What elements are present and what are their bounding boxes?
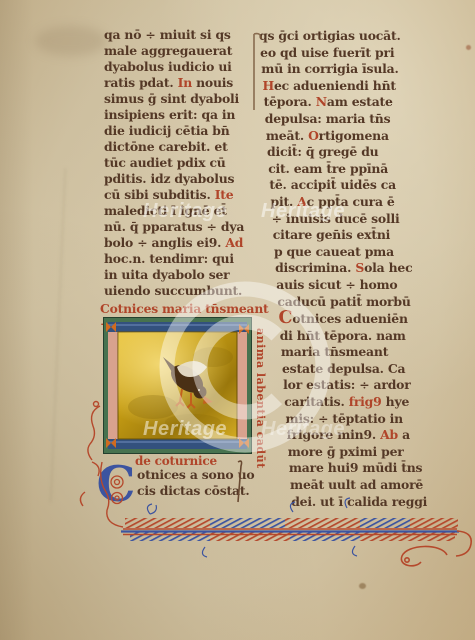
text-segment: ec adueniendi hn̄t bbox=[274, 78, 396, 93]
text-segment: nū. q̄ pparatus ÷ dya bbox=[104, 219, 244, 234]
text-segment: ratis pdat. bbox=[104, 75, 178, 90]
text-line: cū sibi subditis. Ite bbox=[104, 187, 256, 203]
text-segment: O bbox=[308, 128, 319, 143]
text-segment: citare gen̄is ext̄ni bbox=[273, 227, 390, 242]
text-segment: in uita dyabolo ser bbox=[104, 267, 230, 282]
text-line: p que caueat pma bbox=[274, 244, 429, 261]
text-segment: qs ḡci ortigias uocāt. bbox=[259, 28, 401, 43]
text-segment: dicit̄: q̄ gregē du bbox=[267, 144, 378, 159]
miniature-band-blue-top bbox=[108, 322, 247, 332]
text-segment: Ite bbox=[215, 187, 234, 202]
text-segment: S bbox=[355, 260, 364, 275]
text-line: dyabolus iudicio ui bbox=[104, 59, 256, 75]
text-segment: depulsa: maria tn̄s bbox=[265, 111, 391, 126]
text-segment: eo qd uise fuerīt pri bbox=[260, 45, 394, 60]
text-segment: am estate bbox=[327, 94, 393, 109]
text-line: tē. accipit̄ uidēs ca bbox=[269, 177, 429, 194]
line-filler-dagger bbox=[238, 461, 242, 502]
text-line: dictōne carebit. et bbox=[104, 139, 256, 155]
text-segment: H bbox=[262, 78, 274, 93]
text-line: maria tn̄smeant bbox=[281, 344, 429, 361]
text-segment: maria tn̄smeant bbox=[281, 344, 388, 359]
text-segment: di hn̄t tēpora. nam bbox=[280, 328, 406, 343]
parchment-spot bbox=[359, 583, 366, 589]
text-segment: tūc audiet pdix cū bbox=[104, 155, 226, 170]
manuscript-page: qa nō ÷ miuit si qsmale aggregaueratdyab… bbox=[0, 0, 475, 640]
text-line: maledicti ī ignē et̄ bbox=[104, 203, 256, 219]
text-segment: ÷ inuisis ducē solli bbox=[272, 211, 400, 226]
text-line: pit. Ac ppt̄a cura ē bbox=[271, 194, 430, 211]
text-line: eo qd uise fuerīt pri bbox=[260, 45, 429, 62]
text-line: male aggregauerat bbox=[104, 43, 256, 59]
parchment-spot bbox=[466, 45, 471, 50]
text-line: cit. eam t̄re ppīnā bbox=[268, 161, 429, 178]
text-segment: mū in corrigia īsula. bbox=[261, 61, 398, 76]
feathered-bar bbox=[121, 518, 459, 541]
text-line: meāt. Ortigomena bbox=[266, 128, 429, 145]
text-line: tūc audiet pdix cū bbox=[104, 155, 256, 171]
text-segment: Ad bbox=[225, 235, 243, 250]
text-segment: die iudicij cētia bn̄ bbox=[104, 123, 230, 138]
text-line: in uita dyabolo ser bbox=[104, 267, 256, 283]
text-line: die iudicij cētia bn̄ bbox=[104, 123, 256, 139]
text-segment: meāt. bbox=[266, 128, 308, 143]
text-line: di hn̄t tēpora. nam bbox=[280, 328, 429, 345]
text-line: hoc.n. tendimr: qui bbox=[104, 251, 256, 267]
text-segment: C bbox=[279, 307, 293, 328]
text-segment: bolo ÷ anglis ei9. bbox=[104, 235, 225, 250]
text-line: depulsa: maria tn̄s bbox=[265, 111, 429, 128]
text-line: mū in corrigia īsula. bbox=[261, 61, 429, 78]
text-line: auis sicut ÷ homo bbox=[276, 277, 429, 294]
text-segment: qa nō ÷ miuit si qs bbox=[104, 27, 231, 42]
text-segment: uiendo succumbunt. bbox=[104, 283, 242, 298]
text-segment: insipiens erit: qa in bbox=[104, 107, 235, 122]
text-segment: cit. eam t̄re ppīnā bbox=[268, 161, 388, 176]
text-line: ÷ inuisis ducē solli bbox=[272, 211, 429, 228]
text-line: caducū patit̄ morbū bbox=[277, 294, 429, 311]
penwork-flourish-border bbox=[55, 392, 475, 577]
text-line: qs ḡci ortigias uocāt. bbox=[259, 28, 429, 45]
text-segment: A bbox=[297, 194, 306, 209]
text-line: pditis. idz dyabolus bbox=[104, 171, 256, 187]
text-segment: rtigomena bbox=[319, 128, 389, 143]
text-segment: tē. accipit̄ uidēs ca bbox=[269, 177, 396, 192]
left-text-column: qa nō ÷ miuit si qsmale aggregaueratdyab… bbox=[104, 27, 256, 299]
text-line: insipiens erit: qa in bbox=[104, 107, 256, 123]
text-segment: p que caueat pma bbox=[274, 244, 394, 259]
text-segment: nouis bbox=[192, 75, 233, 90]
text-line: dicit̄: q̄ gregē du bbox=[267, 144, 429, 161]
text-line: simus ḡ sint dyaboli bbox=[104, 91, 256, 107]
text-segment: c ppt̄a cura ē bbox=[307, 194, 395, 209]
text-segment: In bbox=[178, 75, 192, 90]
text-segment: tēpora. bbox=[264, 94, 316, 109]
text-segment: otnices adueniēn bbox=[292, 311, 407, 326]
text-segment: maledicti ī ignē et̄ bbox=[104, 203, 227, 218]
text-line: discrimina. Sola hec bbox=[275, 260, 429, 277]
text-line: nū. q̄ pparatus ÷ dya bbox=[104, 219, 256, 235]
text-line: estate depulsa. Ca bbox=[282, 361, 429, 378]
initial-inner-spirals bbox=[111, 476, 123, 504]
text-segment: lor estatis: ÷ ardor bbox=[283, 377, 410, 392]
text-segment: pditis. idz dyabolus bbox=[104, 171, 234, 186]
parchment-smudge bbox=[35, 26, 107, 56]
text-segment: estate depulsa. Ca bbox=[282, 361, 405, 376]
text-segment: simus ḡ sint dyaboli bbox=[104, 91, 239, 106]
text-line: Hec adueniendi hn̄t bbox=[262, 78, 429, 95]
text-segment: ola hec bbox=[364, 260, 412, 275]
text-line: tēpora. Nam estate bbox=[264, 94, 429, 111]
text-line: citare gen̄is ext̄ni bbox=[273, 227, 429, 244]
text-line: uiendo succumbunt. bbox=[104, 283, 256, 299]
text-line: bolo ÷ anglis ei9. Ad bbox=[104, 235, 256, 251]
text-segment: hoc.n. tendimr: qui bbox=[104, 251, 234, 266]
text-segment: pit. bbox=[271, 194, 298, 209]
text-segment: male aggregauerat bbox=[104, 43, 232, 58]
text-segment: caducū patit̄ morbū bbox=[277, 294, 410, 309]
text-line: Cotnices adueniēn bbox=[279, 310, 429, 328]
text-line: ratis pdat. In nouis bbox=[104, 75, 256, 91]
text-segment: discrimina. bbox=[275, 260, 355, 275]
red-tendril bbox=[80, 402, 123, 528]
text-segment: auis sicut ÷ homo bbox=[276, 277, 397, 292]
text-segment: cū sibi subditis. bbox=[104, 187, 215, 202]
margin-line-mark bbox=[248, 29, 262, 115]
text-line: qa nō ÷ miuit si qs bbox=[104, 27, 256, 43]
text-segment: dictōne carebit. et bbox=[104, 139, 228, 154]
text-segment: N bbox=[316, 94, 327, 109]
text-segment: dyabolus iudicio ui bbox=[104, 59, 232, 74]
